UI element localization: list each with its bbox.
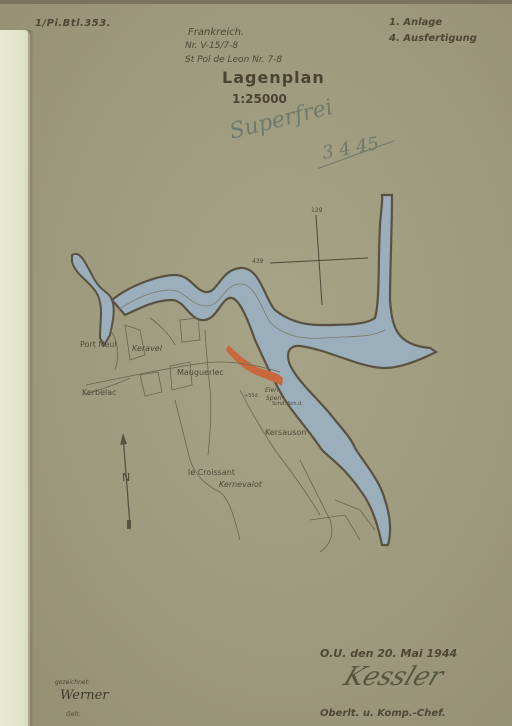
- target-marker-label: +55d: [244, 393, 258, 399]
- place-label-kersauson: Kersauson: [265, 428, 306, 437]
- place-label-keravel: Keravel: [132, 344, 162, 353]
- signatory-rank: Oberlt. u. Komp.-Chef.: [320, 708, 446, 719]
- date-line: O.U. den 20. Mai 1944: [320, 647, 457, 660]
- drawn-by-name: Werner: [60, 688, 109, 703]
- target-note-label: Schd. Sch.d.: [272, 401, 303, 407]
- map-drawing: [0, 0, 512, 726]
- drawn-by-label: gezeichnet:: [55, 679, 90, 686]
- place-label-le-croissant: le Croissant: [188, 468, 235, 477]
- target-label-line1: Eleri: [265, 387, 278, 394]
- drawn-by-rank: Gefr.: [66, 711, 80, 718]
- signature: Kessler: [340, 662, 448, 692]
- grid-label-horizontal: 439: [252, 258, 263, 265]
- place-label-mauguerlec: Mauguerlec: [177, 368, 224, 377]
- north-label: N: [122, 471, 130, 484]
- grid-label-vertical: 129: [311, 207, 322, 214]
- place-label-port-neul: Port Neul: [80, 340, 117, 349]
- place-label-kernevalot: Kernevalot: [219, 480, 262, 489]
- place-label-kerbelac: Kerbelac: [82, 388, 117, 397]
